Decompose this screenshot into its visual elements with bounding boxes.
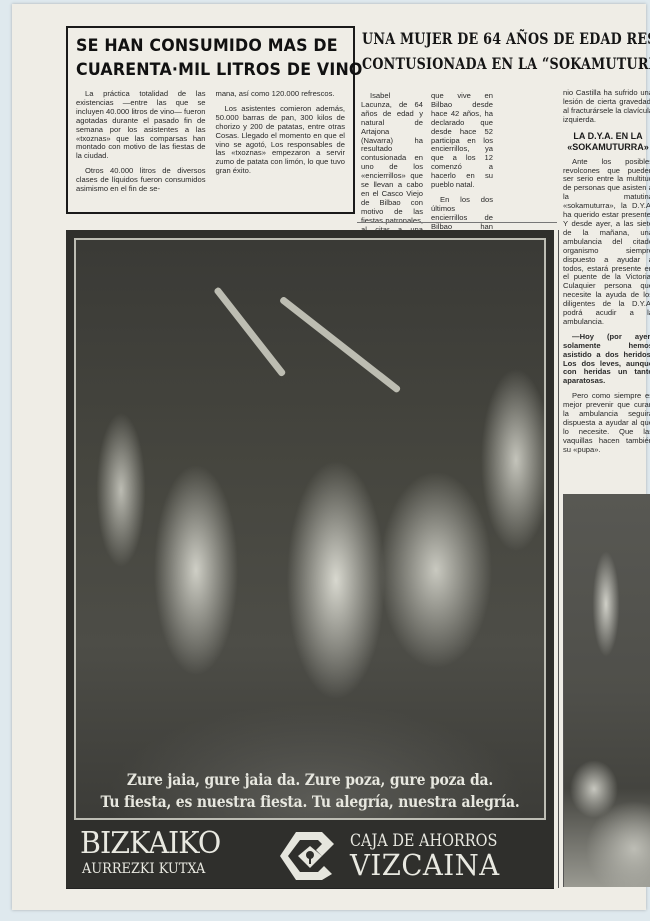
slogan-basque: Zure jaia, gure jaia da. Zure poza, gure… bbox=[99, 770, 520, 789]
divider bbox=[357, 222, 557, 223]
article1-paragraph: La práctica totalidad de las existencias… bbox=[76, 90, 206, 161]
article2-headline-line2: CONTUSIONADA EN LA “SOKAMUTURRA” bbox=[362, 51, 601, 76]
article2-headline: UNA MUJER DE 64 AÑOS DE EDAD RESULTA CON… bbox=[362, 26, 601, 76]
article-wine-consumption: SE HAN CONSUMIDO MAS DE CUARENTA·MIL LIT… bbox=[66, 26, 355, 214]
article1-paragraph: Otros 40.000 litros de diversos clases d… bbox=[76, 167, 206, 194]
bank-logo-row: BIZKAIKO AURREZKI KUTXA CAJA DE AHORROS … bbox=[74, 828, 546, 884]
dance-stick bbox=[279, 296, 402, 394]
article2-paragraph: nio Castilla ha sufrido una lesión de ci… bbox=[563, 89, 650, 125]
article1-column-2: mana, así como 120.000 refrescos. Los as… bbox=[216, 90, 346, 200]
article1-paragraph: mana, así como 120.000 refrescos. bbox=[216, 90, 346, 99]
newspaper-page: SE HAN CONSUMIDO MAS DE CUARENTA·MIL LIT… bbox=[12, 4, 646, 910]
dance-stick bbox=[213, 286, 286, 377]
article2-headline-line1: UNA MUJER DE 64 AÑOS DE EDAD RESULTA bbox=[362, 26, 601, 51]
article2-subheading: LA D.Y.A. EN LA «SOKAMUTURRA» bbox=[563, 131, 650, 153]
article2-paragraph: que vive en Bilbao desde hace 42 años, h… bbox=[431, 92, 493, 190]
brand-basque-name: BIZKAIKO bbox=[80, 828, 220, 860]
slogan-spanish: Tu fiesta, es nuestra fiesta. Tu alegría… bbox=[99, 792, 520, 811]
brand-spanish-name: VIZCAINA bbox=[350, 850, 500, 881]
brand-basque-subtitle: AURREZKI KUTXA bbox=[82, 861, 205, 877]
article1-headline-line2: CUARENTA·MIL LITROS DE VINO bbox=[76, 58, 334, 82]
article1-headline-line1: SE HAN CONSUMIDO MAS DE bbox=[76, 34, 334, 58]
article1-paragraph: Los asistentes comieron además, 50.000 b… bbox=[216, 105, 346, 176]
festival-dancers-photo: Zure jaia, gure jaia da. Zure poza, gure… bbox=[74, 238, 546, 820]
article2-paragraph: Pero como siempre es mejor prevenir que … bbox=[563, 392, 650, 454]
article1-column-1: La práctica totalidad de las existencias… bbox=[76, 90, 206, 200]
caja-vizcaina-logo-icon bbox=[274, 830, 346, 882]
article2-paragraph: Isabel Lacunza, de 64 años de edad y nat… bbox=[361, 92, 423, 252]
article2-quote: —Hoy (por ayer) solamente hemos asistido… bbox=[563, 333, 650, 386]
column-divider bbox=[558, 230, 559, 888]
article2-paragraph: Ante los posibles revolcones que pueden … bbox=[563, 158, 650, 327]
bank-advertisement: Zure jaia, gure jaia da. Zure poza, gure… bbox=[66, 230, 554, 889]
sidebar-photo bbox=[563, 494, 650, 887]
article2-column-3: nio Castilla ha sufrido una lesión de ci… bbox=[563, 89, 650, 461]
